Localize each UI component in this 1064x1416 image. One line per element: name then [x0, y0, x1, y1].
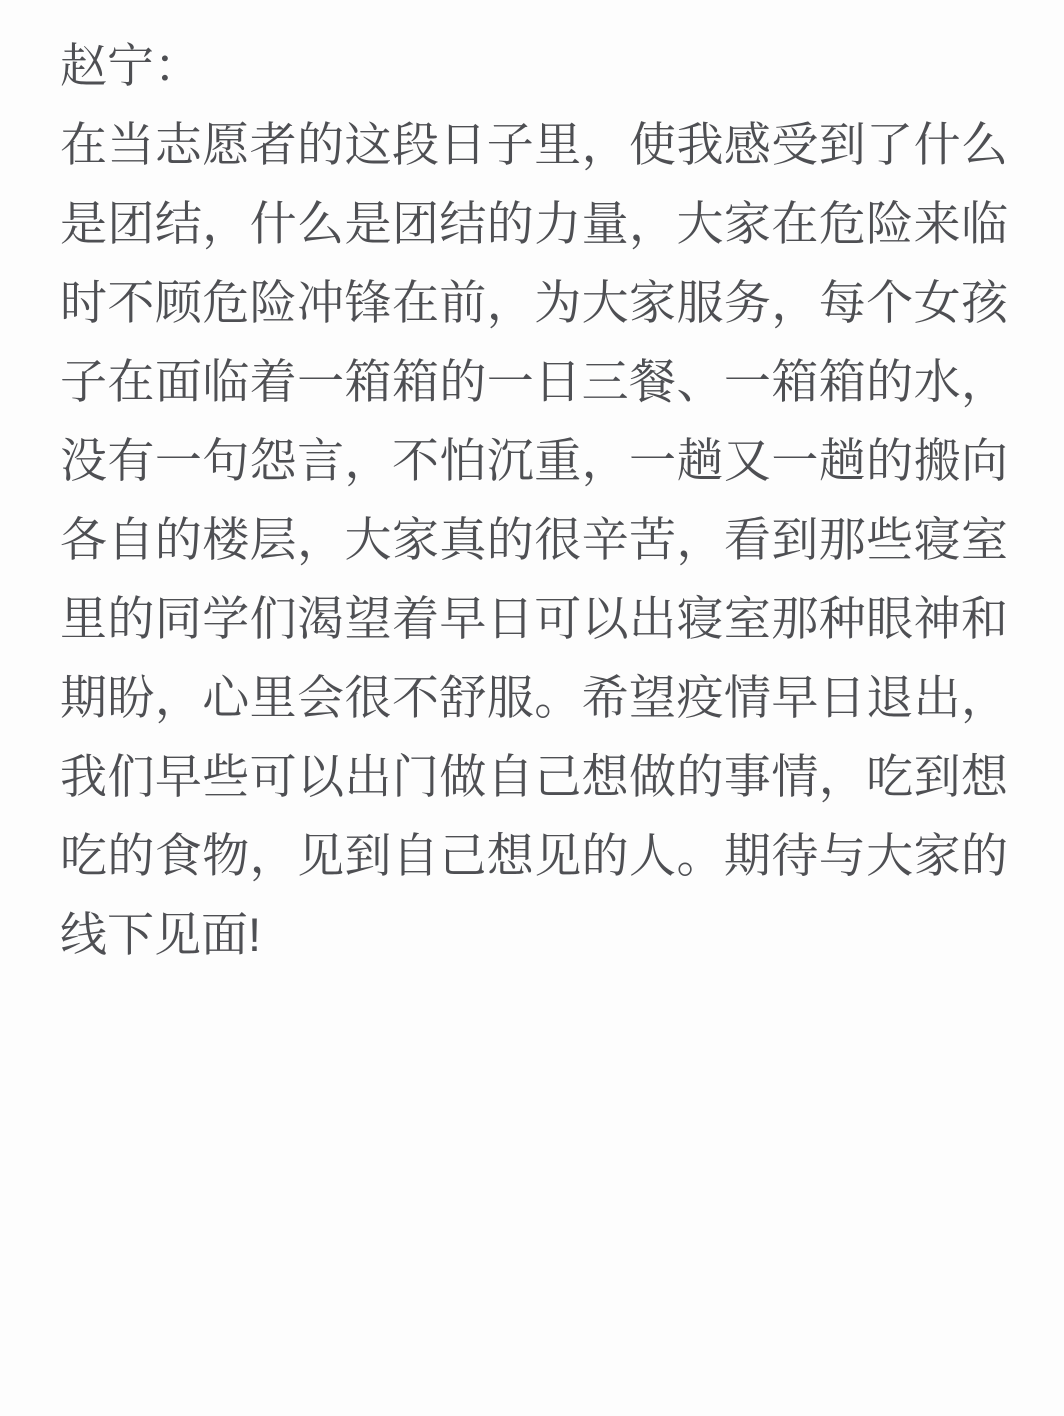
letter-salutation: 赵宁：: [60, 26, 1008, 105]
letter-body-line: 没有一句怨言，不怕沉重，一趟又一趟的搬向: [60, 421, 1008, 500]
letter-body-line-last: 线下见面!: [60, 895, 1008, 974]
letter-body-line: 里的同学们渴望着早日可以出寝室那种眼神和: [60, 579, 1008, 658]
letter-body-line: 各自的楼层，大家真的很辛苦，看到那些寝室: [60, 500, 1008, 579]
letter-body-line: 期盼，心里会很不舒服。希望疫情早日退出，: [60, 658, 1008, 737]
letter-body-line: 时不顾危险冲锋在前，为大家服务，每个女孩: [60, 263, 1008, 342]
letter-body-line: 是团结，什么是团结的力量，大家在危险来临: [60, 184, 1008, 263]
letter-page: 赵宁： 在当志愿者的这段日子里，使我感受到了什么 是团结，什么是团结的力量，大家…: [0, 0, 1064, 974]
letter-body-line: 在当志愿者的这段日子里，使我感受到了什么: [60, 105, 1008, 184]
letter-body-line: 我们早些可以出门做自己想做的事情，吃到想: [60, 737, 1008, 816]
letter-body-line: 子在面临着一箱箱的一日三餐、一箱箱的水，: [60, 342, 1008, 421]
letter-body-line: 吃的食物，见到自己想见的人。期待与大家的: [60, 816, 1008, 895]
